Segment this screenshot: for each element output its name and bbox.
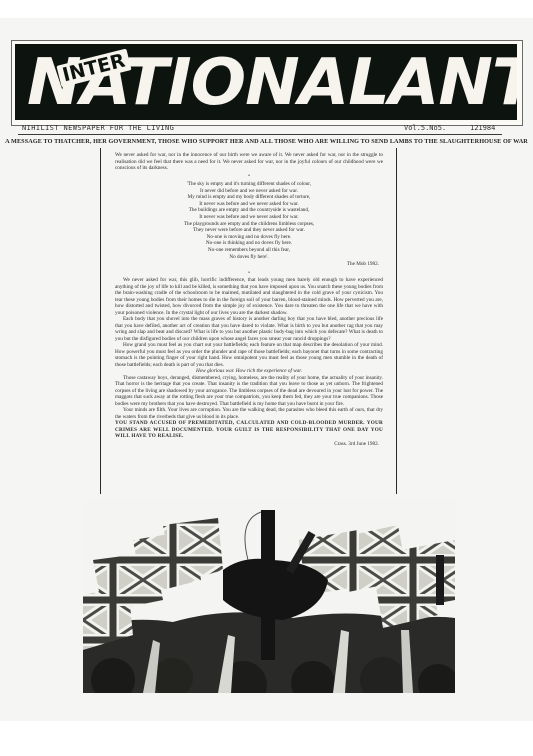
poem-line: The buildings are empty and the countrys… [115, 207, 383, 214]
poem-line: It never was before and we never asked f… [115, 214, 383, 221]
signature: Crass. 3rd June 1982. [115, 441, 379, 448]
article-paragraph: Those castaway boys, deranged, dismember… [115, 375, 383, 408]
volume-number: Vol.5.No5. [404, 124, 446, 132]
poem-line: No-one remembers beyond all this fear, [115, 247, 383, 254]
article-intro: We never asked for war, nor in the innoc… [115, 152, 383, 172]
article-paragraph: We never asked for war, this glib, horri… [115, 277, 383, 316]
issue-date: 121984 [470, 124, 495, 132]
tagline: NIHILIST NEWSPAPER FOR THE LIVING [22, 124, 174, 132]
masthead-subbar: NIHILIST NEWSPAPER FOR THE LIVING Vol.5.… [18, 123, 502, 135]
article-paragraph: Your minds are filth. Your lives are cor… [115, 407, 383, 420]
crowd-flags-photo [83, 500, 455, 693]
poem: 'The sky is empty and it's turning diffe… [115, 181, 383, 260]
poem-line: No doves fly here'. [115, 254, 383, 261]
photo-illustration [83, 500, 455, 693]
poem-line: My mind is empty and my body different s… [115, 194, 383, 201]
poem-credit: The Mob 1982. [115, 261, 379, 268]
poem-line: 'The sky is empty and it's turning diffe… [115, 181, 383, 188]
headline: A MESSAGE TO THATCHER, HER GOVERNMENT, T… [0, 138, 533, 145]
masthead: NATIONALANTHEM INTER [15, 44, 517, 120]
separator: • [115, 173, 383, 180]
accusation: YOU STAND ACCUSED OF PREMEDITATED, CALCU… [115, 420, 383, 440]
separator: • [115, 270, 383, 277]
article-paragraph: Each body that you shovel into the mass … [115, 316, 383, 342]
poem-line: No-one is thinking and no doves fly here… [115, 240, 383, 247]
poem-line: They never were before and they never as… [115, 227, 383, 234]
poem-line: It never was before and we never asked f… [115, 201, 383, 208]
article-column: We never asked for war, nor in the innoc… [100, 148, 397, 494]
article-paragraph: How grand you must feel as you chart out… [115, 342, 383, 368]
